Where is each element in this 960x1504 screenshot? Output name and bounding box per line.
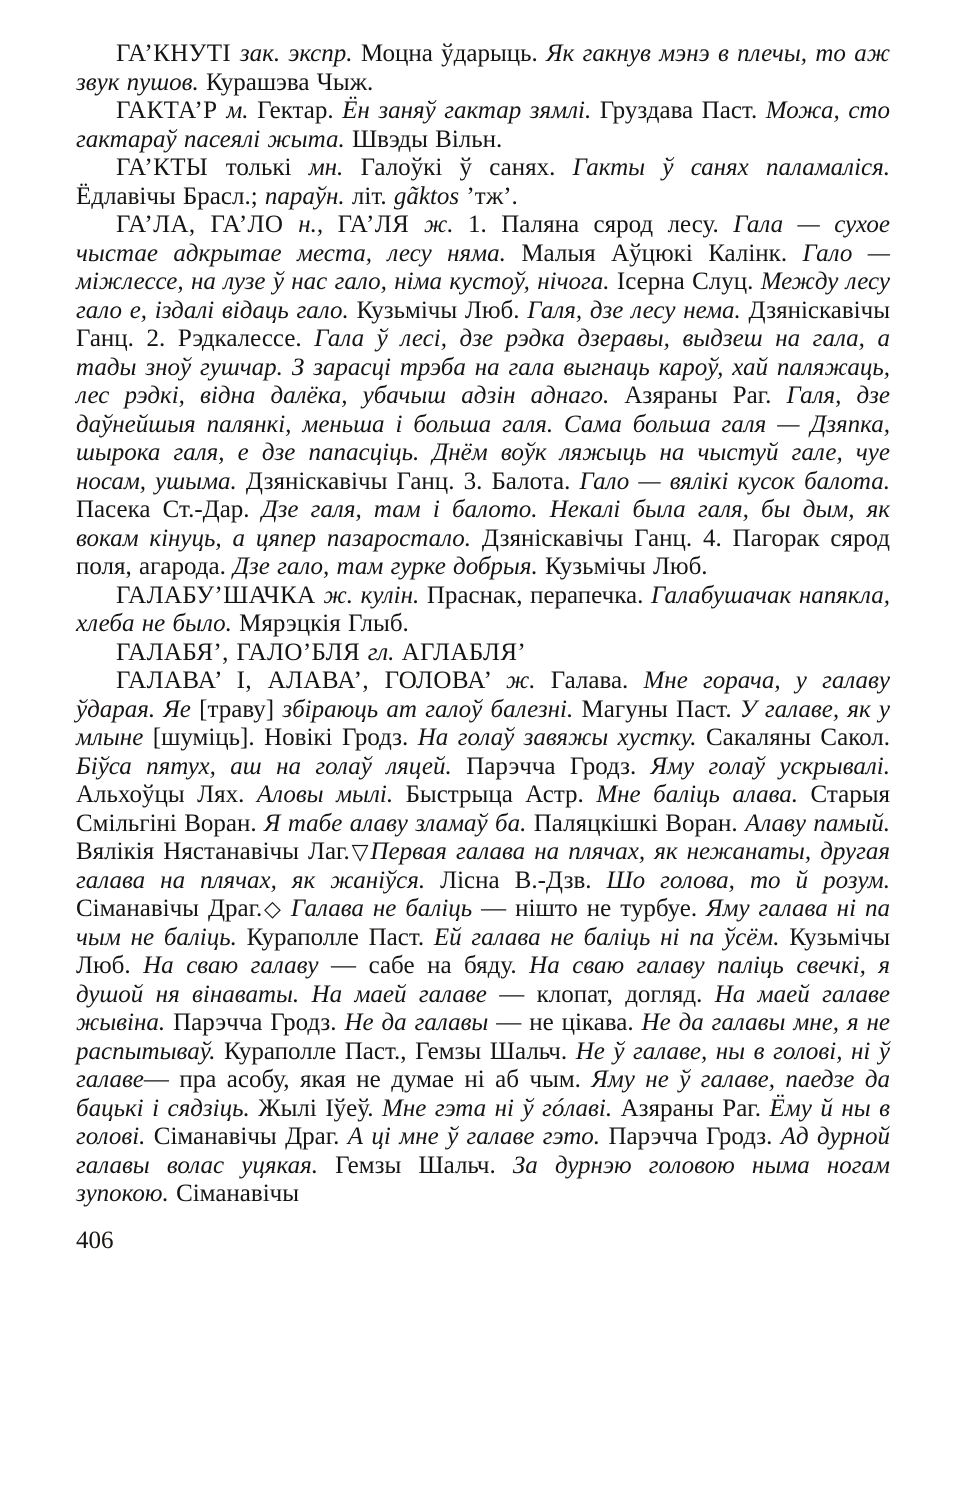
- text-run: Магуны Паст.: [582, 696, 740, 723]
- text-run: — пра асобу, якая не думае ні аб чым.: [144, 1066, 591, 1093]
- text-run: Праснак, перапечка.: [427, 582, 651, 609]
- text-run: Дзяніскавічы Ганц. 3. Балота.: [246, 468, 580, 495]
- entry-halabushachka: ГАЛАБУ’ШАЧКА ж. кулін. Праснак, перапечк…: [76, 582, 890, 639]
- text-run: Ісерна Слуц.: [617, 268, 761, 295]
- text-run: Кураполле Паст., Гемзы Шальч.: [224, 1038, 576, 1065]
- text-run: [траву]: [199, 696, 282, 723]
- text-run: Сіманавічы Драг.: [76, 895, 262, 922]
- text-run: Я табе алаву зламаў ба.: [264, 810, 534, 837]
- text-run: На голаў завяжы хустку.: [418, 724, 706, 751]
- text-run: Гектар.: [257, 97, 342, 124]
- text-run: Быстрыца Астр.: [406, 781, 597, 808]
- text-run: Альхоўцы Лях.: [76, 781, 257, 808]
- text-run: Мне баліць алава.: [596, 781, 810, 808]
- entries-container: ГА’КНУТІ зак. экспр. Моцна ўдарыць. Як г…: [76, 40, 890, 1209]
- text-run: ж.: [506, 667, 551, 694]
- text-run: Дзе гало, там гурке добрыя.: [233, 553, 545, 580]
- text-run: А ці мне ў галаве гэто.: [348, 1123, 609, 1150]
- entry-hakty: ГА’КТЫ толькі мн. Галоўкі ў санях. Гакты…: [76, 154, 890, 211]
- text-run: толькі: [226, 154, 309, 181]
- text-run: Гакты ў санях паламаліся.: [573, 154, 890, 181]
- text-run: н.,: [298, 211, 337, 238]
- text-run: Кураполле Паст.: [247, 924, 434, 951]
- entry-haktar: ГАКТА’Р м. Гектар. Ён заняў гактар зямлі…: [76, 97, 890, 154]
- text-run: Ён заняў гактар зямлі.: [342, 97, 600, 124]
- text-run: Алаву памый.: [745, 810, 890, 837]
- text-run: Курашэва Чыж.: [206, 69, 373, 96]
- text-run: ’тж’.: [466, 183, 517, 210]
- text-run: Моцна ўдарыць.: [361, 40, 546, 67]
- text-run: літ.: [352, 183, 394, 210]
- text-run: Азяраны Раг.: [624, 382, 786, 409]
- text-run: 1. Паляна сярод лесу.: [468, 211, 733, 238]
- text-run: ГА’ЛА, ГА’ЛО: [116, 211, 298, 238]
- text-run: Гало — вялікі кусок балота.: [579, 468, 890, 495]
- text-run: ▽: [350, 839, 371, 864]
- text-run: Парэчча Гродз.: [173, 1009, 344, 1036]
- text-run: Ёдлавічы Брасл.;: [76, 183, 265, 210]
- text-run: Мярэцкія Глыб.: [239, 610, 409, 637]
- text-run: Сіманавічы Драг.: [154, 1123, 348, 1150]
- text-run: ГА’ЛЯ: [338, 211, 424, 238]
- text-run: ◇: [262, 896, 291, 921]
- text-run: Азяраны Раг.: [621, 1095, 770, 1122]
- text-run: Груздава Паст.: [600, 97, 766, 124]
- text-run: gãktos: [394, 183, 467, 210]
- text-run: Парэчча Гродз.: [608, 1123, 780, 1150]
- text-run: — сабе на бяду.: [331, 952, 529, 979]
- page-number: 406: [76, 1227, 890, 1255]
- entry-halava: ГАЛАВА’ І, АЛАВА’, ГОЛОВА’ ж. Галава. Мн…: [76, 667, 890, 1209]
- text-run: Сіманавічы: [176, 1180, 299, 1207]
- text-run: — не цікава.: [496, 1009, 641, 1036]
- text-run: Яму голаў ускрывалі.: [651, 753, 890, 780]
- text-run: Сакаляны Сакол.: [706, 724, 890, 751]
- entry-hala: ГА’ЛА, ГА’ЛО н., ГА’ЛЯ ж. 1. Паляна сяро…: [76, 211, 890, 582]
- text-run: ГАЛАВА’ І, АЛАВА’, ГОЛОВА’: [116, 667, 506, 694]
- text-run: Аловы мылі.: [257, 781, 406, 808]
- entry-haknuti: ГА’КНУТІ зак. экспр. Моцна ўдарыць. Як г…: [76, 40, 890, 97]
- text-run: ГАЛАБУ’ШАЧКА: [116, 582, 324, 609]
- text-run: Малыя Аўцюкі Калінк.: [521, 240, 802, 267]
- text-run: Паляцкішкі Воран.: [534, 810, 745, 837]
- text-run: Не да галавы: [344, 1009, 496, 1036]
- text-run: — клопат, догляд.: [499, 981, 715, 1008]
- text-run: м.: [226, 97, 257, 124]
- text-run: Галава.: [551, 667, 644, 694]
- text-run: ж.: [424, 211, 468, 238]
- text-run: [шуміць]. Новікі Гродз.: [153, 724, 418, 751]
- text-run: збіраюць ат галоў балезні.: [282, 696, 581, 723]
- text-run: Жылі Іўеў.: [258, 1095, 382, 1122]
- text-run: зак. экспр.: [240, 40, 361, 67]
- text-run: Вялікія Нястанавічы Лаг.: [76, 838, 350, 865]
- text-run: Галя, дзе лесу нема.: [527, 297, 748, 324]
- text-run: — нішто не турбуе.: [481, 895, 706, 922]
- text-run: Галоўкі ў санях.: [361, 154, 573, 181]
- text-run: АГЛАБЛЯ’: [402, 639, 527, 666]
- text-run: Ей галава не баліць ні па ўсём.: [434, 924, 789, 951]
- text-run: ГА’КТЫ: [116, 154, 226, 181]
- text-run: Кузьмічы Люб.: [545, 553, 708, 580]
- text-run: Швэды Вільн.: [352, 126, 502, 153]
- text-run: мн.: [309, 154, 361, 181]
- text-run: Лісна В.-Дзв.: [440, 867, 606, 894]
- text-run: ГАКТА’Р: [116, 97, 226, 124]
- text-run: Парэчча Гродз.: [466, 753, 650, 780]
- text-run: Біўса пятух, аш на голаў ляцей.: [76, 753, 466, 780]
- text-run: Шо голова, то й розум.: [607, 867, 890, 894]
- text-run: На сваю галаву: [143, 952, 331, 979]
- text-run: гл.: [368, 639, 402, 666]
- text-run: Мне гэта ні ў гóлаві.: [382, 1095, 621, 1122]
- text-run: Гемзы Шальч.: [335, 1152, 513, 1179]
- text-run: ж. кулін.: [324, 582, 427, 609]
- text-run: Галава не баліць: [291, 895, 481, 922]
- text-run: Кузьмічы Люб.: [356, 297, 527, 324]
- text-run: ГА’КНУТІ: [116, 40, 240, 67]
- text-run: ГАЛАБЯ’, ГАЛО’БЛЯ: [116, 639, 368, 666]
- entry-halabya: ГАЛАБЯ’, ГАЛО’БЛЯ гл. АГЛАБЛЯ’: [76, 639, 890, 668]
- text-run: параўн.: [265, 183, 352, 210]
- dictionary-page: ГА’КНУТІ зак. экспр. Моцна ўдарыць. Як г…: [0, 0, 960, 1504]
- text-run: Пасека Ст.-Дар.: [76, 496, 262, 523]
